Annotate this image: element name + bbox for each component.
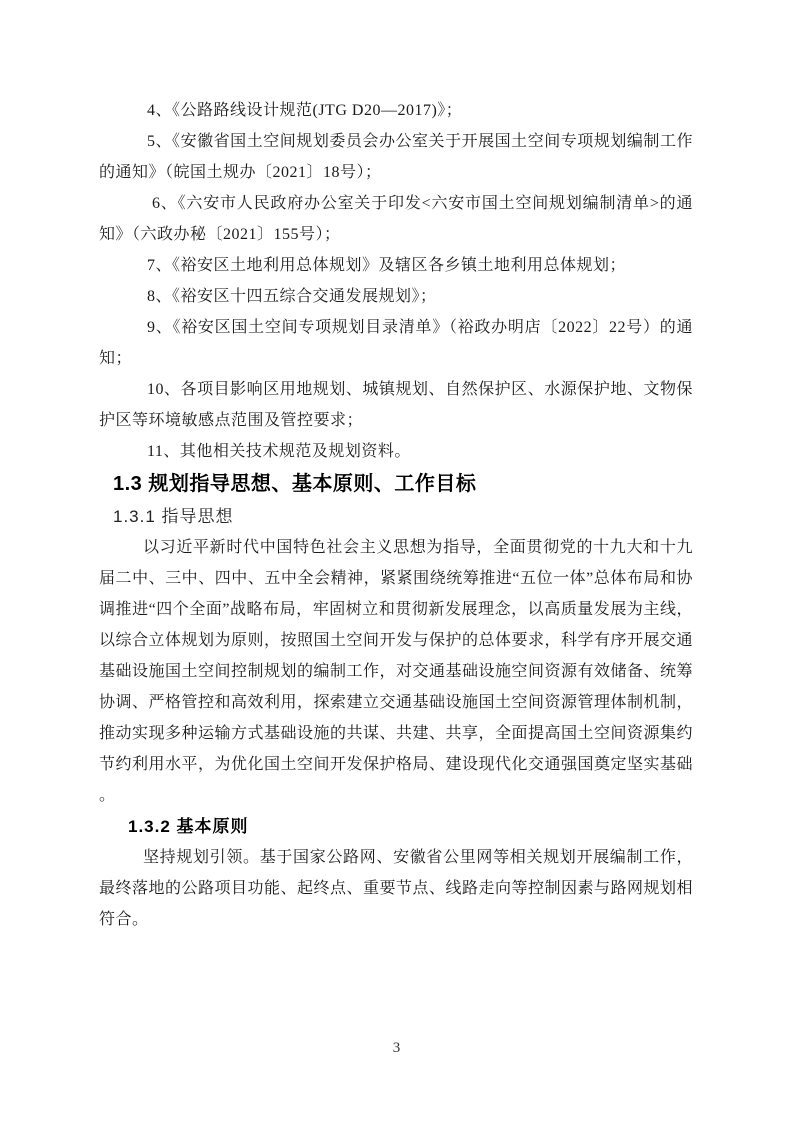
reference-list-item: 9、《裕安区国土空间专项规划目录清单》（裕政办明店〔2022〕22号）的通知； [99,312,693,374]
document-content: 4、《公路路线设计规范(JTG D20—2017)》； 5、《安徽省国土空间规划… [99,95,693,935]
document-page: 4、《公路路线设计规范(JTG D20—2017)》； 5、《安徽省国土空间规划… [0,0,793,1122]
section-heading-1-3: 1.3 规划指导思想、基本原则、工作目标 [99,467,693,501]
subsection-heading-1-3-1: 1.3.1 指导思想 [99,501,693,532]
reference-list-item: 11、其他相关技术规范及规划资料。 [99,436,693,467]
reference-list-item: 5、《安徽省国土空间规划委员会办公室关于开展国土空间专项规划编制工作的通知》（皖… [99,126,693,188]
body-paragraph-basic-principles: 坚持规划引领。基于国家公路网、安徽省公里网等相关规划开展编制工作，最终落地的公路… [99,842,693,935]
page-number: 3 [0,1038,793,1058]
body-paragraph-guiding-ideology: 以习近平新时代中国特色社会主义思想为指导，全面贯彻党的十九大和十九届二中、三中、… [99,532,693,811]
reference-list-item: 4、《公路路线设计规范(JTG D20—2017)》； [99,95,693,126]
reference-list-item: 6、《六安市人民政府办公室关于印发<六安市国土空间规划编制清单>的通知》（六政办… [99,188,693,250]
reference-list-item: 10、各项目影响区用地规划、城镇规划、自然保护区、水源保护地、文物保护区等环境敏… [99,374,693,436]
reference-list-item: 8、《裕安区十四五综合交通发展规划》； [99,281,693,312]
subsection-heading-1-3-2: 1.3.2 基本原则 [99,811,693,842]
reference-list-item: 7、《裕安区土地利用总体规划》及辖区各乡镇土地利用总体规划； [99,250,693,281]
